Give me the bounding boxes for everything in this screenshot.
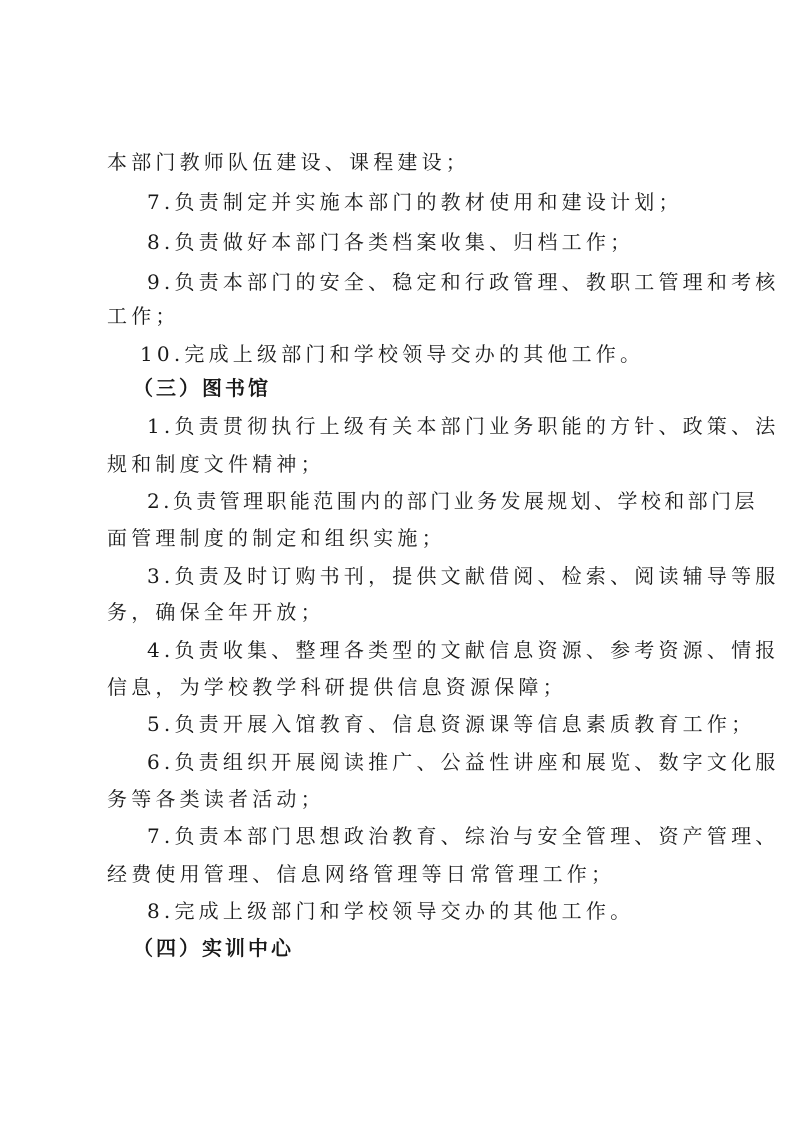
library-item-2-continuation: 面管理制度的制定和组织实施； (107, 524, 707, 552)
list-item-8: 8.负责做好本部门各类档案收集、归档工作； (147, 228, 747, 256)
library-item-3: 3.负责及时订购书刊，提供文献借阅、检索、阅读辅导等服 (147, 562, 747, 590)
library-item-5: 5.负责开展入馆教育、信息资源课等信息素质教育工作； (147, 710, 747, 738)
section-heading-training-center: （四）实训中心 (133, 934, 733, 962)
section-heading-library: （三）图书馆 (133, 374, 733, 402)
paragraph-line: 本部门教师队伍建设、课程建设； (107, 148, 707, 176)
library-item-6: 6.负责组织开展阅读推广、公益性讲座和展览、数字文化服 (147, 748, 747, 776)
library-item-3-continuation: 务，确保全年开放； (107, 598, 707, 626)
list-item-9: 9.负责本部门的安全、稳定和行政管理、教职工管理和考核 (147, 268, 747, 296)
library-item-1-continuation: 规和制度文件精神； (107, 450, 707, 478)
list-item-7: 7.负责制定并实施本部门的教材使用和建设计划； (147, 188, 747, 216)
library-item-2: 2.负责管理职能范围内的部门业务发展规划、学校和部门层 (147, 487, 747, 515)
library-item-7: 7.负责本部门思想政治教育、综治与安全管理、资产管理、 (147, 822, 747, 850)
library-item-4-continuation: 信息，为学校教学科研提供信息资源保障； (107, 673, 707, 701)
list-item-10: 10.完成上级部门和学校领导交办的其他工作。 (140, 340, 740, 368)
document-page: 本部门教师队伍建设、课程建设； 7.负责制定并实施本部门的教材使用和建设计划； … (0, 0, 793, 1122)
library-item-8: 8.完成上级部门和学校领导交办的其他工作。 (147, 897, 747, 925)
library-item-4: 4.负责收集、整理各类型的文献信息资源、参考资源、情报 (147, 636, 747, 664)
library-item-1: 1.负责贯彻执行上级有关本部门业务职能的方针、政策、法 (147, 412, 747, 440)
library-item-6-continuation: 务等各类读者活动； (107, 785, 707, 813)
library-item-7-continuation: 经费使用管理、信息网络管理等日常管理工作； (107, 860, 707, 888)
list-item-9-continuation: 工作； (107, 302, 707, 330)
